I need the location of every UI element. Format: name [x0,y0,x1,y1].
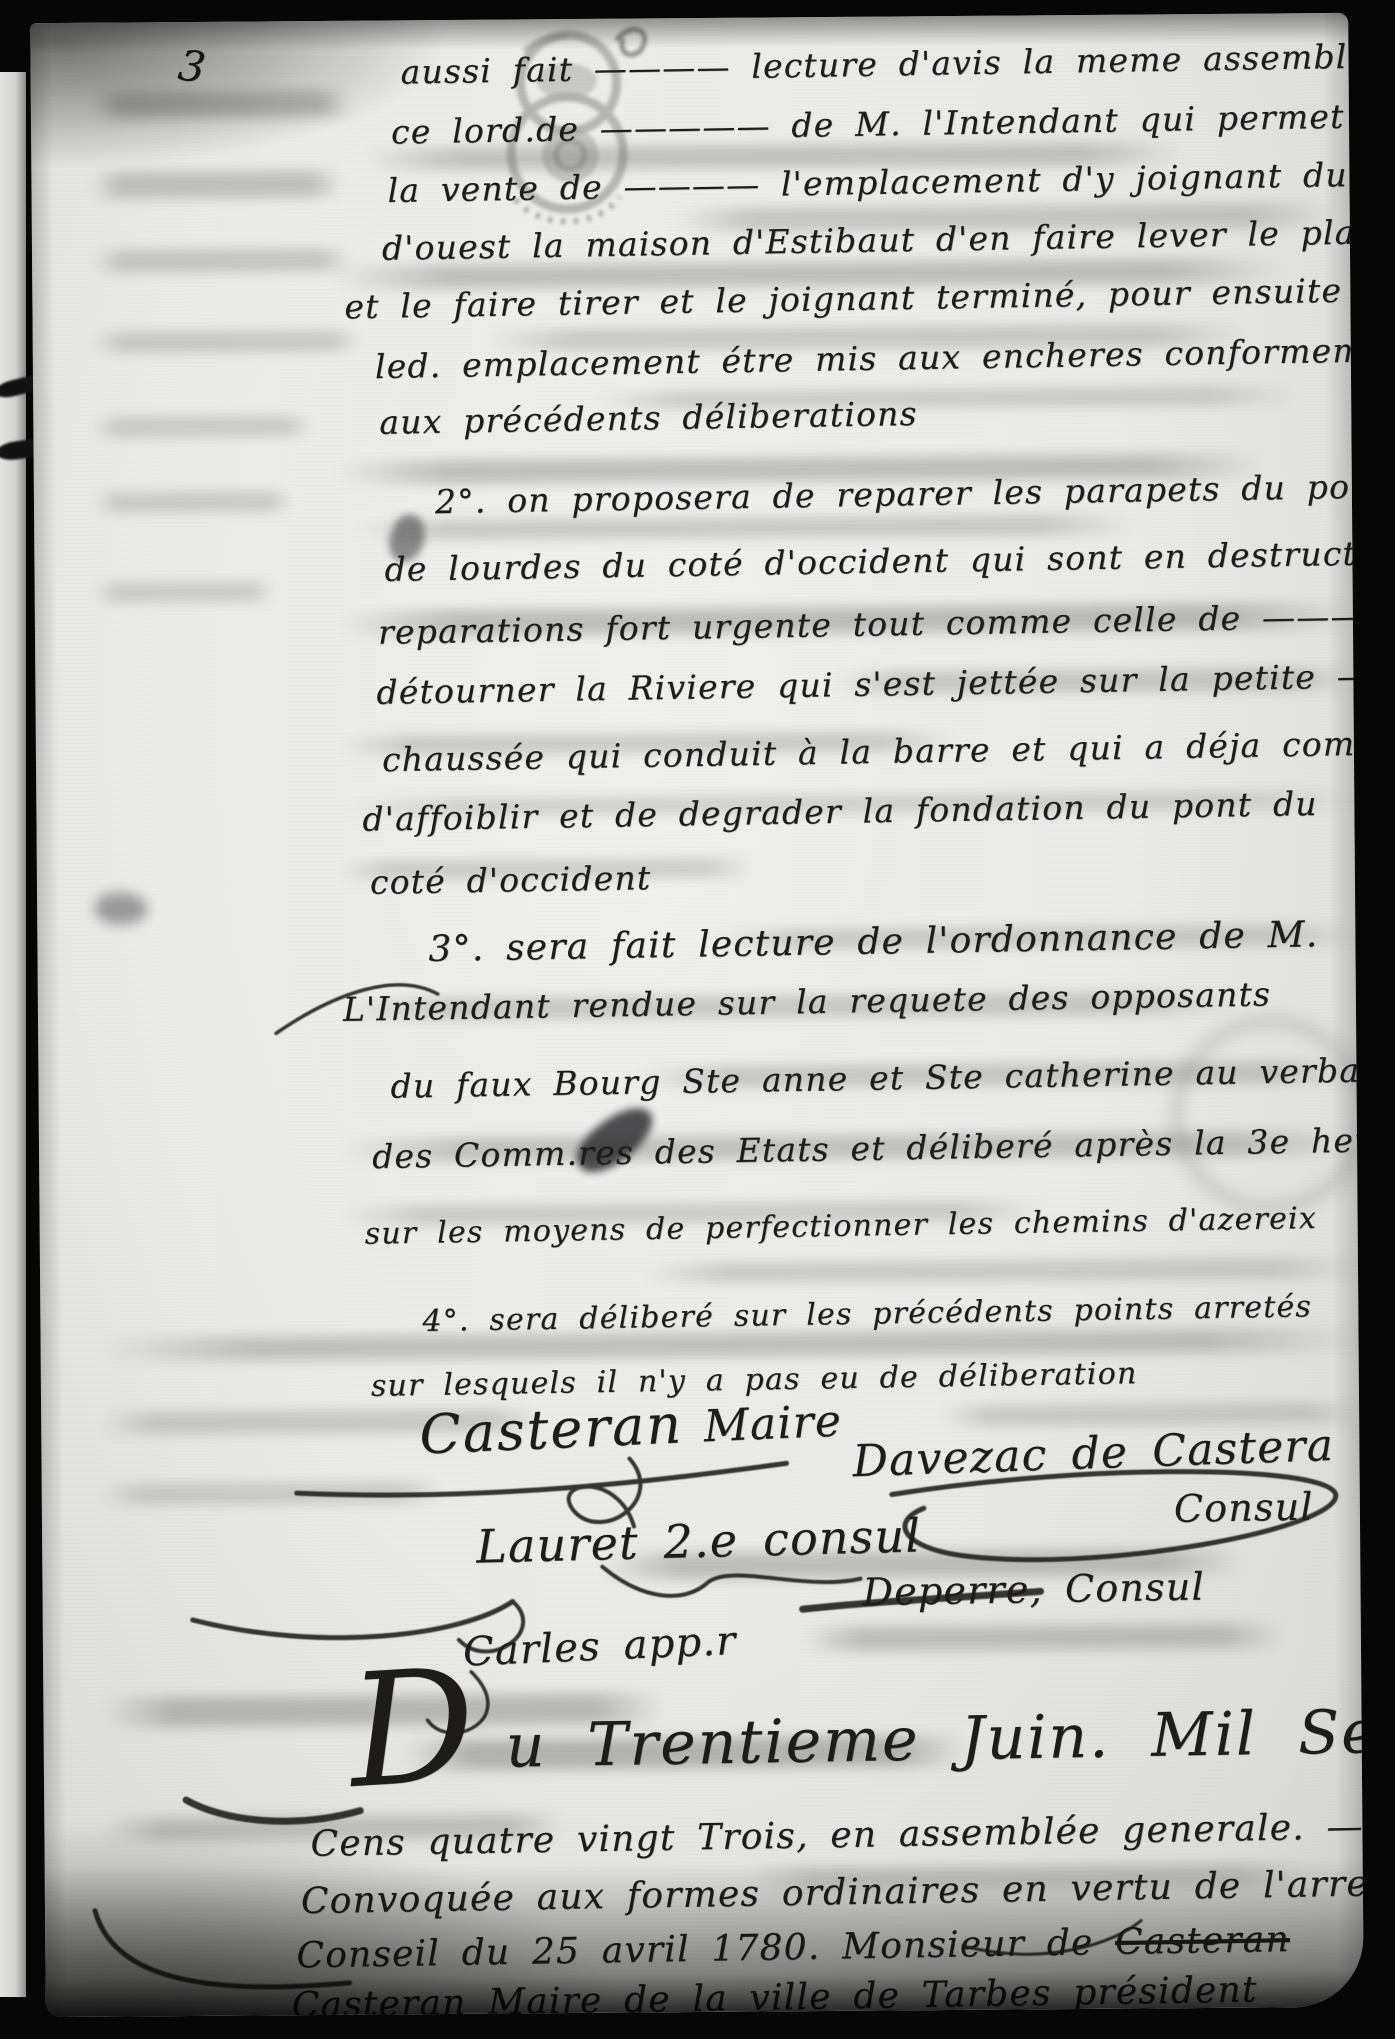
session-heading-initial: D [345,1647,480,1810]
signature-consul1-title: Consul [1174,1485,1314,1531]
signature-consul3: Deperre, Consul [862,1565,1205,1615]
signature-consul2: Lauret 2.e consul [476,1508,922,1573]
previous-page-edge [0,72,26,1997]
manuscript-line: coté d'occident [370,858,652,902]
session-line3-struck-word: Casteran [1115,1919,1290,1963]
ink-blot [95,892,147,924]
session-heading: u Trentieme Juin. Mil Sept [505,1696,1364,1782]
signature-mayor-title: Maire [703,1396,843,1453]
signature-mayor-name: Casteran [418,1392,684,1466]
manuscript-scan: 3 aussi fait ———— lecture d'avis la meme… [0,0,1395,2039]
manuscript-page: 3 aussi fait ———— lecture d'avis la meme… [30,13,1364,2017]
